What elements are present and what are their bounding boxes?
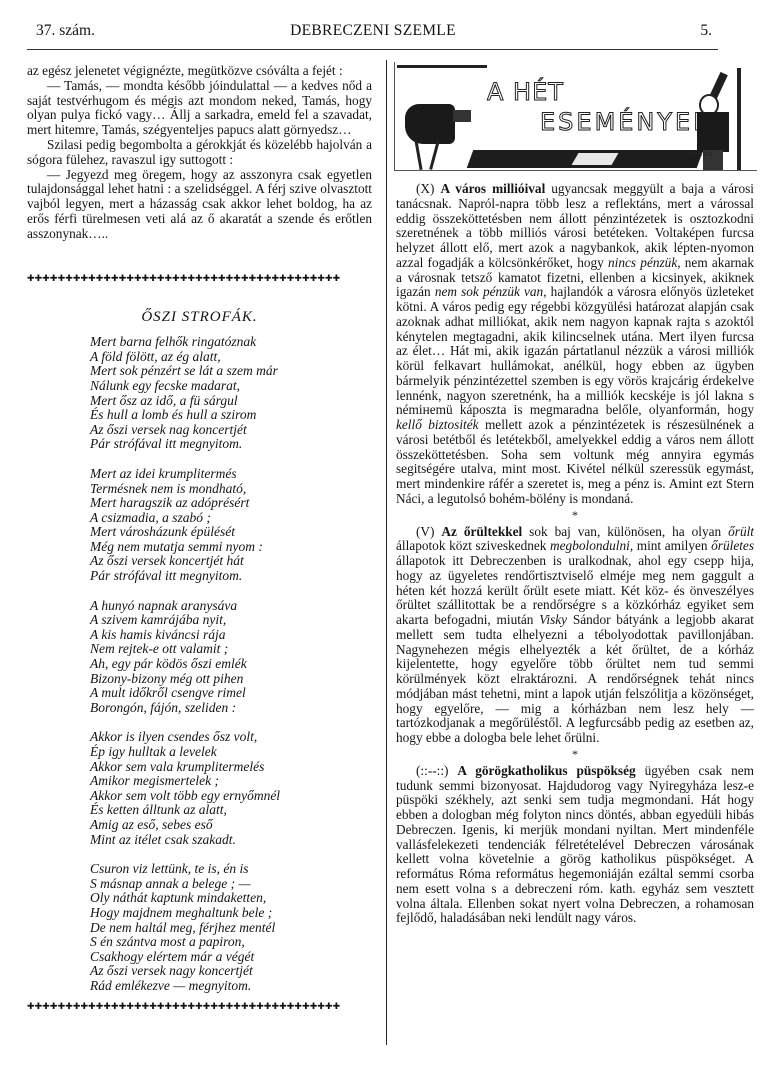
running-header: 37. szám. DEBRECZENI SZEMLE 5. <box>28 22 718 44</box>
news-item-headline: Az őrültekkel <box>441 524 522 539</box>
emphasis-text: őrületes <box>711 538 754 553</box>
body-text: ügyében csak nem tudunk semmi bizonyosat… <box>396 763 754 926</box>
poem-line: A mult időkről csengve rimel <box>90 686 372 701</box>
poem-line: Csakhogy elértem már a végét <box>90 950 372 965</box>
poem-line: Mert barna felhők ringatóznak <box>90 335 372 350</box>
poem-line: Nem rejtek-e ott valamit ; <box>90 642 372 657</box>
news-item-headline: A görögkatholikus püspökség <box>457 763 635 778</box>
pole-icon <box>737 68 741 170</box>
section-banner-illustration: A HÉT ESEMÉNYEI TÓTH 1912. <box>394 62 757 171</box>
column-divider <box>386 60 387 1045</box>
paper-icon <box>572 153 619 165</box>
body-text: állapotok közt sziveskednek <box>396 538 550 553</box>
article-separator: * <box>396 509 754 521</box>
poem-line: Termésnek nem is mondható, <box>90 482 372 497</box>
emphasis-text: nem sok pénzük van <box>435 284 543 299</box>
news-item: (X) A város millióival ugyancsak meggyül… <box>396 182 754 507</box>
banner-title-line1: A HÉT <box>487 78 564 106</box>
poem-body: Mert barna felhők ringatóznakA föld fölö… <box>90 335 372 993</box>
poem-line: Borongón, fájón, szeliden : <box>90 701 372 716</box>
news-item: (::--::) A görögkatholikus püspökség ügy… <box>396 764 754 926</box>
poem-line: Mert városházunk épülését <box>90 525 372 540</box>
left-column: az egész jelenetet végignézte, megütközv… <box>27 64 372 1014</box>
poem-line: Mert haragszik az adóprésért <box>90 496 372 511</box>
poem-stanza: A hunyó napnak aranysávaA szivem kamrájá… <box>90 599 372 716</box>
poem-line: Amig az eső, sebes eső <box>90 818 372 833</box>
emphasis-text: nincs pénzük <box>608 255 677 270</box>
poem-line: Mert ősz az idő, a fü sárgul <box>90 394 372 409</box>
emphasis-text: Visky <box>539 612 567 627</box>
figure-body-icon <box>697 112 729 152</box>
emphasis-text: őrült <box>728 524 754 539</box>
poem-stanza: Mert barna felhők ringatóznakA föld fölö… <box>90 335 372 452</box>
poem-line: De nem haltál meg, férjhez mentél <box>90 921 372 936</box>
poem-line: Pár strófával itt megnyitom. <box>90 569 372 584</box>
body-text: , mint amilyen <box>630 538 711 553</box>
poem-line: S én szántva most a papiron, <box>90 935 372 950</box>
poem-line: A hunyó napnak aranysáva <box>90 599 372 614</box>
story-paragraph: Szilasi pedig begombolta a gérokkját és … <box>27 138 372 168</box>
story-paragraph: az egész jelenetet végignézte, megütközv… <box>27 64 372 79</box>
poem-stanza: Csuron viz lettünk, te is, én isS másnap… <box>90 862 372 993</box>
poem-line: Csuron viz lettünk, te is, én is <box>90 862 372 877</box>
poem-line: Az őszi versek koncertjét hát <box>90 554 372 569</box>
poem-stanza: Mert az idei krumplitermésTermésnek nem … <box>90 467 372 584</box>
poem-line: Nálunk egy fecske madarat, <box>90 379 372 394</box>
story-paragraph: — Jegyezd meg öregem, hogy az asszonyra … <box>27 168 372 242</box>
poem-line: Az őszi versek nagy koncertjét <box>90 964 372 979</box>
news-item-mark: (V) <box>416 524 441 539</box>
poem-line: Bizony-bizony még ott pihen <box>90 672 372 687</box>
header-rule <box>27 49 718 50</box>
banner-title-line2: ESEMÉNYEI <box>540 108 703 136</box>
poem-line: Ah, egy pár ködös őszi emlék <box>90 657 372 672</box>
emphasis-text: kellő biztositék <box>396 417 479 432</box>
page-number: 5. <box>700 22 712 40</box>
poem-line: Még nem mutatja semmi nyom : <box>90 540 372 555</box>
poem-line: Mert sok pénzért se lát a szem már <box>90 364 372 379</box>
poem-line: A csizmadia, a szabó ; <box>90 511 372 526</box>
tripod-leg-icon <box>429 140 440 170</box>
news-item: (V) Az őrültekkel sok baj van, különösen… <box>396 525 754 746</box>
poem-line: Hogy majdnem meghaltunk bele ; <box>90 906 372 921</box>
poem-line: Ép igy hulltak a levelek <box>90 745 372 760</box>
body-text: sok baj van, különösen, ha olyan <box>522 524 728 539</box>
ornament-divider: ✚✚✚✚✚✚✚✚✚✚✚✚✚✚✚✚✚✚✚✚✚✚✚✚✚✚✚✚✚✚✚✚✚✚✚✚✚✚✚✚… <box>27 1000 372 1015</box>
poem-line: Mert az idei krumplitermés <box>90 467 372 482</box>
poem-line: A föld fölött, az ég alatt, <box>90 350 372 365</box>
poem-line: Akkor sem vala krumplitermelés <box>90 760 372 775</box>
news-item-headline: A város millióival <box>440 181 545 196</box>
poem-line: És hull a lomb és hull a szirom <box>90 408 372 423</box>
poem-title: ŐSZI STROFÁK. <box>27 310 372 325</box>
article-separator: * <box>396 748 754 760</box>
camera-icon <box>405 104 455 144</box>
poem-line: Az őszi versek nag koncertjét <box>90 423 372 438</box>
poem-line: Pár strófával itt megnyitom. <box>90 437 372 452</box>
ornament-divider: ✚✚✚✚✚✚✚✚✚✚✚✚✚✚✚✚✚✚✚✚✚✚✚✚✚✚✚✚✚✚✚✚✚✚✚✚✚✚✚✚… <box>27 272 372 287</box>
poem-line: A szivem kamrájába nyit, <box>90 613 372 628</box>
poem-stanza: Akkor is ilyen csendes ősz volt,Ép igy h… <box>90 730 372 847</box>
poem-line: Mint az itélet csak szakadt. <box>90 833 372 848</box>
poem-line: Akkor sem volt több egy ernyőmnél <box>90 789 372 804</box>
right-column: (X) A város millióival ugyancsak meggyül… <box>396 182 754 926</box>
tripod-leg-icon <box>414 140 422 170</box>
poem-line: Oly náthát kaptunk mindaketten, <box>90 891 372 906</box>
body-text: , hajlandók a városra előnyös üzleteket … <box>396 284 754 417</box>
poem-line: És ketten álltunk az alatt, <box>90 803 372 818</box>
poem-line: Rád emlékezve — megnyitom. <box>90 979 372 994</box>
camera-lens-icon <box>453 110 471 122</box>
artist-signature: TÓTH 1912. <box>682 152 715 158</box>
news-item-mark: (::--::) <box>416 763 457 778</box>
body-text: Sándor bátyánk a legjobb akarat mellett … <box>396 612 754 745</box>
news-item-mark: (X) <box>416 181 440 196</box>
emphasis-text: megbolondulni <box>550 538 630 553</box>
story-paragraph: — Tamás, — mondta később jóindulattal — … <box>27 79 372 138</box>
poem-line: Akkor is ilyen csendes ősz volt, <box>90 730 372 745</box>
publication-title: DEBRECZENI SZEMLE <box>28 22 718 40</box>
poem-line: S másnap annak a belege ; — <box>90 877 372 892</box>
poem-line: Amikor megismertelek ; <box>90 774 372 789</box>
banner-rule <box>397 65 487 68</box>
poem-line: A kis hamis kiváncsi rája <box>90 628 372 643</box>
